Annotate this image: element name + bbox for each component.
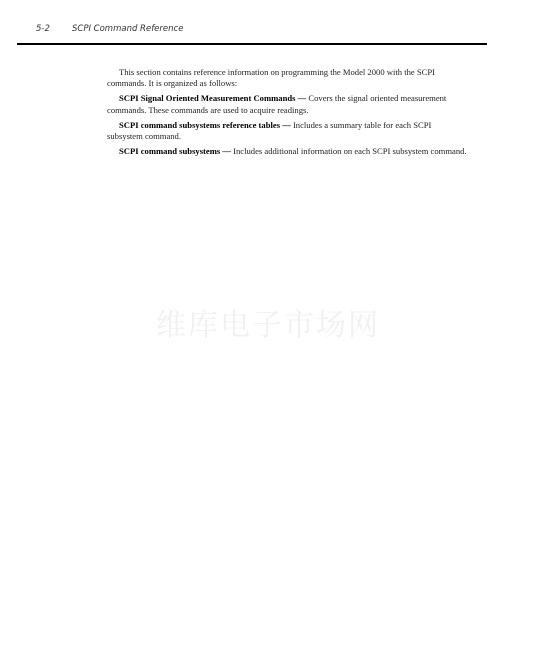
header-rule (17, 43, 487, 45)
page-header: 5-2 SCPI Command Reference (0, 0, 540, 48)
page-body: This section contains reference informat… (107, 67, 469, 161)
list-item: SCPI command subsystems — Includes addit… (107, 146, 469, 157)
intro-paragraph: This section contains reference informat… (107, 67, 469, 89)
page-number: 5-2 (36, 24, 50, 34)
item-term: SCPI Signal Oriented Measurement Command… (119, 93, 306, 103)
item-term: SCPI command subsystems — (119, 146, 231, 156)
watermark: 维库电子市场网 (156, 300, 380, 344)
section-title: SCPI Command Reference (72, 24, 183, 34)
list-item: SCPI command subsystems reference tables… (107, 120, 469, 142)
item-term: SCPI command subsystems reference tables… (119, 120, 291, 130)
list-item: SCPI Signal Oriented Measurement Command… (107, 93, 469, 115)
item-description: Includes additional information on each … (231, 146, 467, 156)
